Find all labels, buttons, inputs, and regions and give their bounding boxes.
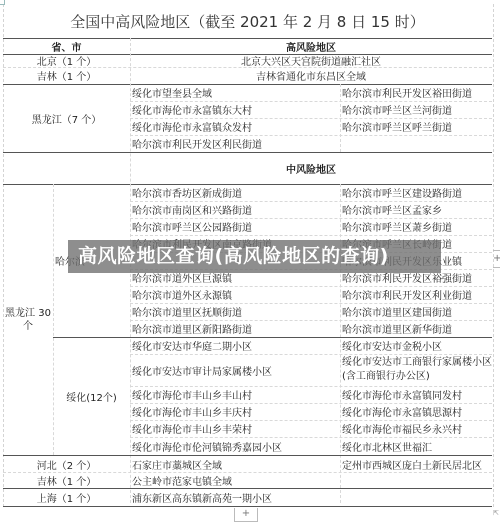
add-column-button[interactable]: +: [493, 250, 500, 268]
table-row: 吉林（1 个） 吉林省通化市东昌区全域: [3, 67, 492, 84]
table-row: 上海（1 个） 浦东新区高东镇新高苑一期小区: [3, 489, 492, 505]
area-cell: 绥化市海伦市丰山乡丰山村: [130, 386, 340, 403]
area-cell: 哈尔滨市呼兰区呼兰街道: [340, 118, 492, 135]
table-row: 哈尔滨市道外区永源镇 哈尔滨市利民开发区利业街道: [3, 286, 492, 303]
area-cell: 绥化市安达市审计局家属楼小区: [130, 354, 340, 386]
table-row: 哈尔滨市利民开发区利民街道: [3, 135, 492, 152]
table-row: 哈尔滨市呼兰区公园路街道 哈尔滨市呼兰区萧乡街道: [3, 218, 492, 235]
area-cell: 浦东新区高东镇新高苑一期小区: [130, 489, 340, 505]
table-row: 哈尔滨市香坊区新成街道 哈尔滨市呼兰区建设路街道: [3, 184, 492, 201]
add-row-button[interactable]: +: [234, 508, 258, 522]
table-row: 绥化市海伦市丰山乡丰荣村 绥化市海伦市福民乡永兴村: [3, 420, 492, 437]
area-cell: 绥化市海伦市伦河镇锦秀嘉园小区: [130, 437, 340, 455]
header-row: 省、市 高风险地区: [3, 38, 492, 54]
area-cell: 哈尔滨市道里区建国街道: [340, 303, 492, 320]
table-row: 吉林（1 个） 公主岭市范家屯镇全域: [3, 472, 492, 488]
table-row: 哈尔滨市南岗区和兴路街道 哈尔滨市呼兰区孟家乡: [3, 201, 492, 218]
area-cell: 绥化市海伦市丰山乡丰荣村: [130, 420, 340, 437]
table-row: 河北（2 个） 石家庄市藁城区全域 定州市西城区庞白土新民居北区: [3, 456, 492, 472]
area-cell: 哈尔滨市利民开发区裕田街道: [340, 84, 492, 101]
overlay-caption: 高风险地区查询(高风险地区的查询): [68, 240, 441, 273]
area-cell: 哈尔滨市道里区新阳路街道: [130, 320, 340, 337]
area-cell: 绥化市北林区世福汇: [340, 437, 492, 455]
area-cell: 哈尔滨市道里区新华街道: [340, 320, 492, 337]
table-row: 哈尔滨市道里区抚顺街道 哈尔滨市道里区建国街道: [3, 303, 492, 320]
area-cell: 哈尔滨市南岗区和兴路街道: [130, 201, 340, 218]
area-cell: 哈尔滨市呼兰区萧乡街道: [340, 218, 492, 235]
province-cell: 北京（1 个）: [3, 54, 130, 67]
table-row: 绥化市安达市审计局家属楼小区 绥化市安达市工商银行家属楼小区(含工商银行办公区): [3, 354, 492, 386]
area-cell: 哈尔滨市呼兰区兰河街道: [340, 101, 492, 118]
area-cell: 哈尔滨市呼兰区公园路街道: [130, 218, 340, 235]
table-row: 绥化市海伦市永富镇众发村 哈尔滨市呼兰区呼兰街道: [3, 118, 492, 135]
area-cell: 石家庄市藁城区全域: [130, 456, 340, 472]
resize-handle-icon[interactable]: ⇱: [493, 509, 499, 517]
table-row: 绥化市海伦市丰山乡丰山村 绥化市海伦市永富镇同发村: [3, 386, 492, 403]
province-cell: 吉林（1 个）: [3, 472, 130, 488]
area-cell: 绥化市海伦市丰山乡丰庆村: [130, 403, 340, 420]
area-cell: 定州市西城区庞白土新民居北区: [340, 456, 492, 472]
area-cell: 哈尔滨市利民开发区利民街道: [130, 135, 340, 152]
table-row: 绥化市望奎县全域 哈尔滨市利民开发区裕田街道: [3, 84, 492, 101]
table-row: 绥化市安达市华庭二期小区 绥化市安达市金税小区: [3, 337, 492, 354]
area-cell: 哈尔滨市呼兰区孟家乡: [340, 201, 492, 218]
area-cell: 北京大兴区天宫院街道融汇社区: [130, 54, 492, 67]
area-cell: [340, 135, 492, 152]
section-header-row: 中风险地区: [3, 152, 492, 184]
area-cell: 绥化市安达市工商银行家属楼小区(含工商银行办公区): [340, 354, 492, 386]
area-cell: 绥化市海伦市永富镇思源村: [340, 403, 492, 420]
table-row: 北京（1 个） 北京大兴区天宫院街道融汇社区: [3, 54, 492, 67]
area-cell: 绥化市望奎县全域: [130, 84, 340, 101]
divider: [3, 506, 492, 507]
province-cell: 河北（2 个）: [3, 456, 130, 472]
page-title: 全国中高风险地区（截至 2021 年 2 月 8 日 15 时）: [3, 7, 492, 37]
table-row: 绥化市海伦市伦河镇锦秀嘉园小区 绥化市北林区世福汇: [3, 437, 492, 455]
header-high-risk: 高风险地区: [130, 38, 492, 54]
area-cell: 绥化市海伦市福民乡永兴村: [340, 420, 492, 437]
area-cell: 公主岭市范家屯镇全域: [130, 472, 340, 488]
area-cell: 吉林省通化市东昌区全域: [130, 67, 492, 84]
area-cell: 哈尔滨市道外区永源镇: [130, 286, 340, 303]
medium-risk-header: 中风险地区: [130, 152, 492, 184]
area-cell: 哈尔滨市呼兰区建设路街道: [340, 184, 492, 201]
area-cell: 绥化市海伦市永富镇同发村: [340, 386, 492, 403]
table-row: 绥化市海伦市永富镇东大村 哈尔滨市呼兰区兰河街道: [3, 101, 492, 118]
area-cell: 绥化市安达市华庭二期小区: [130, 337, 340, 354]
area-cell: 哈尔滨市香坊区新成街道: [130, 184, 340, 201]
area-cell: 哈尔滨市利民开发区利业街道: [340, 286, 492, 303]
page-corner-marker: [0, 0, 5, 5]
area-cell: 绥化市海伦市永富镇东大村: [130, 101, 340, 118]
header-province: 省、市: [3, 38, 130, 54]
table-row: 绥化市海伦市丰山乡丰庆村 绥化市海伦市永富镇思源村: [3, 403, 492, 420]
table-row: 哈尔滨市道里区新阳路街道 哈尔滨市道里区新华街道: [3, 320, 492, 337]
area-cell: 哈尔滨市道里区抚顺街道: [130, 303, 340, 320]
area-cell: 绥化市安达市金税小区: [340, 337, 492, 354]
province-cell: 上海（1 个）: [3, 489, 130, 505]
province-cell: 吉林（1 个）: [3, 67, 130, 84]
area-cell: 绥化市海伦市永富镇众发村: [130, 118, 340, 135]
